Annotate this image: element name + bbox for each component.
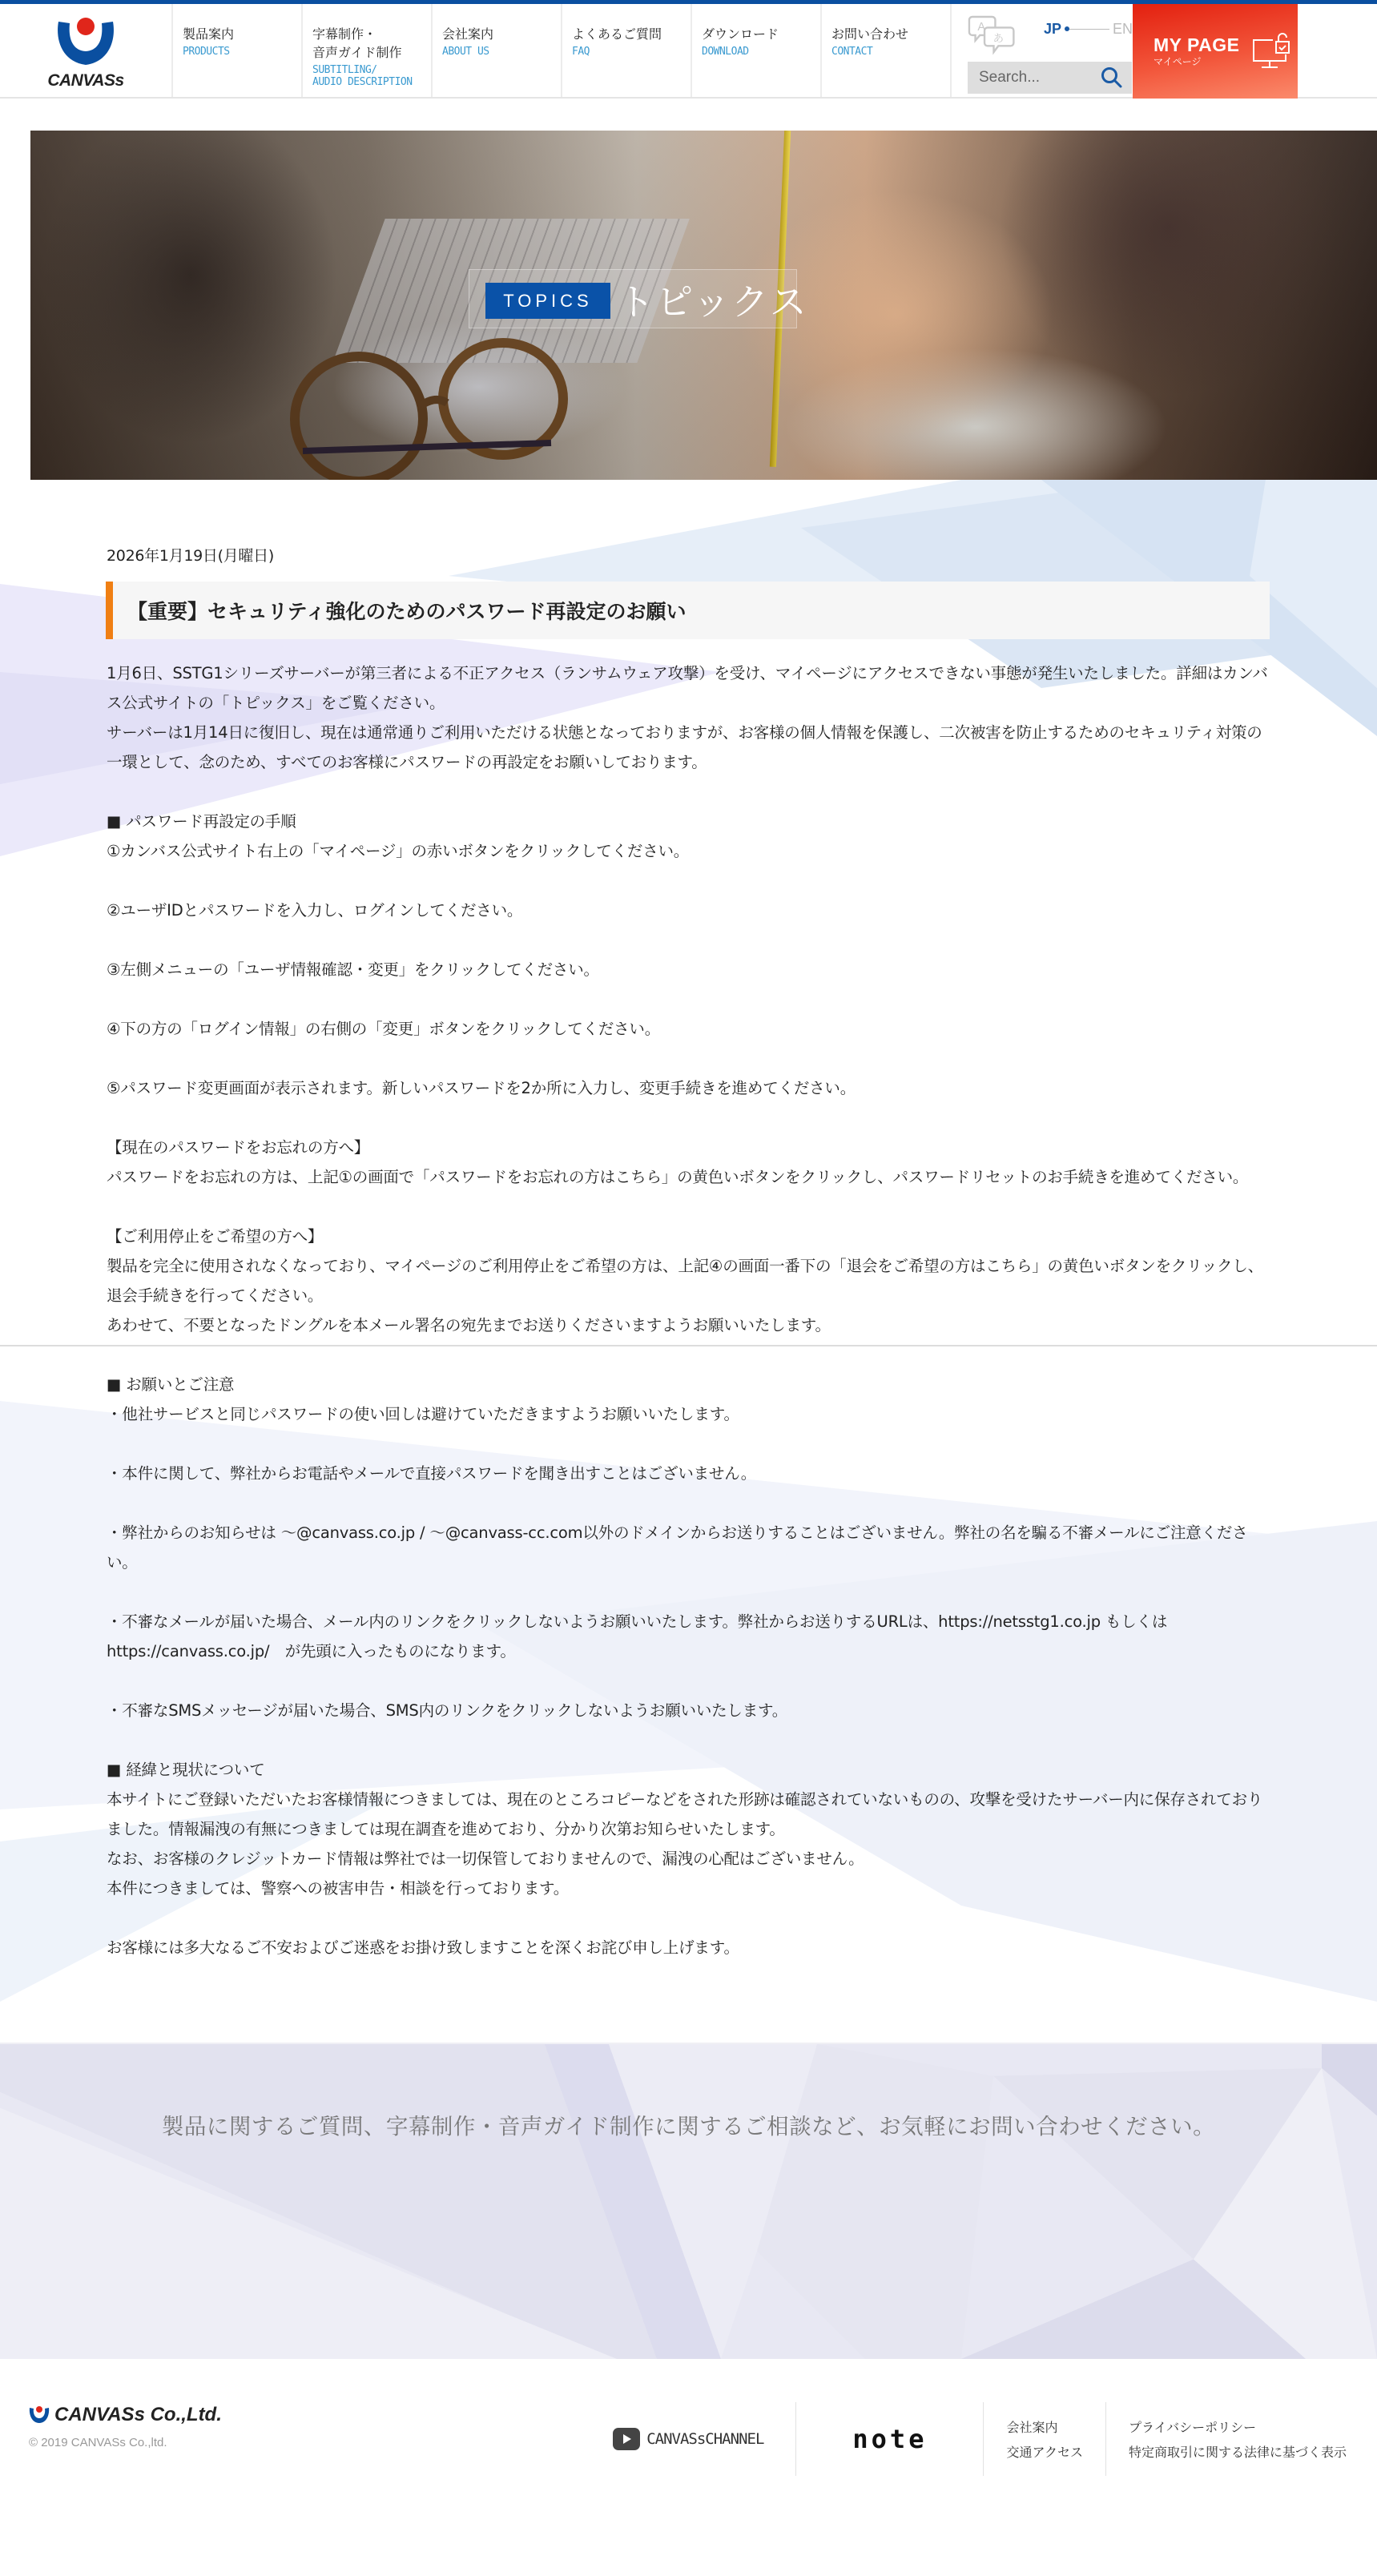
contact-cta[interactable]: 製品に関するご質問、字幕制作・音声ガイド制作に関するご相談など、お気軽にお問い合… <box>0 2043 1377 2359</box>
page-title: トピックス <box>618 273 808 326</box>
notice-item: ・弊社からのお知らせは ～@canvass.co.jp / ～@canvass-… <box>107 1518 1270 1577</box>
svg-text:あ: あ <box>993 34 1004 46</box>
nav-label-jp: ダウンロード <box>702 25 820 43</box>
section-divider <box>0 1345 1377 1346</box>
footer-link-access[interactable]: 交通アクセス <box>1006 2442 1083 2461</box>
post-title-text: 【重要】セキュリティ強化のためのパスワード再設定のお願い <box>127 596 686 625</box>
intro-paragraph: 1月6日、SSTG1シリーズサーバーが第三者による不正アクセス（ランサムウェア攻… <box>107 658 1270 718</box>
site-logo[interactable]: CANVASs <box>0 4 171 97</box>
footer-logo-name: CANVASs Co.,Ltd. <box>54 2404 222 2426</box>
nav-label-jp: よくあるご質問 <box>572 25 691 43</box>
canvass-logo-icon <box>29 2405 50 2425</box>
monitor-lock-icon <box>1250 30 1292 72</box>
footer-links-company: 会社案内 交通アクセス <box>984 2417 1105 2461</box>
forgot-text: パスワードをお忘れの方は、上記①の画面で「パスワードをお忘れの方はこちら」の黄色… <box>107 1162 1270 1192</box>
cta-text[interactable]: 製品に関するご質問、字幕制作・音声ガイド制作に関するご相談など、お気軽にお問い合… <box>0 2044 1377 2140</box>
language-switch[interactable]: JP EN <box>1044 21 1133 38</box>
post-title: 【重要】セキュリティ強化のためのパスワード再設定のお願い <box>106 582 1270 639</box>
nav-contact[interactable]: お問い合わせ CONTACT <box>820 4 950 97</box>
youtube-channel-link[interactable]: CANVASsCHANNEL <box>613 2428 795 2450</box>
lang-toggle-line <box>1065 29 1109 30</box>
mypage-label-en: MY PAGE <box>1154 34 1239 56</box>
step-item: ③左側メニューの「ユーザ情報確認・変更」をクリックしてください。 <box>107 955 1270 984</box>
notice-item: ・不審なSMSメッセージが届いた場合、SMS内のリンクをクリックしないようお願い… <box>107 1696 1270 1725</box>
nav-download[interactable]: ダウンロード DOWNLOAD <box>691 4 820 97</box>
footer-links-legal: プライバシーポリシー 特定商取引に関する法律に基づく表示 <box>1106 2417 1377 2461</box>
footer-link-privacy[interactable]: プライバシーポリシー <box>1129 2417 1347 2436</box>
header-utilities: A あ JP EN <box>950 4 1133 97</box>
nav-about[interactable]: 会社案内 ABOUT US <box>431 4 561 97</box>
hero-section: TOPICS トピックス <box>0 99 1377 480</box>
nav-label-en: SUBTITLING/ AUDIO DESCRIPTION <box>312 64 431 88</box>
translate-icon: A あ <box>968 13 1021 56</box>
status-line: 本サイトにご登録いただいたお客様情報につきましては、現在のところコピーなどをされ… <box>107 1785 1270 1844</box>
nav-label-en: FAQ <box>572 46 691 58</box>
youtube-icon <box>613 2428 640 2450</box>
stop-text-2: あわせて、不要となったドングルを本メール署名の宛先までお送りくださいますようお願… <box>107 1310 1270 1340</box>
nav-label-en: CONTACT <box>831 46 950 58</box>
stop-heading: 【ご利用停止をご希望の方へ】 <box>107 1222 1270 1251</box>
mypage-button[interactable]: MY PAGE マイページ <box>1133 4 1298 99</box>
note-link[interactable]: note <box>796 2424 983 2454</box>
closing-text: お客様には多大なるご不安およびご迷惑をお掛け致しますことを深くお詫び申し上げます… <box>107 1933 1270 1962</box>
hero-glasses-graphic <box>271 331 623 480</box>
nav-label-jp: 字幕制作・ 音声ガイド制作 <box>312 25 431 62</box>
post-date: 2026年1月19日(月曜日) <box>107 544 1270 566</box>
youtube-label: CANVASsCHANNEL <box>646 2430 763 2448</box>
lang-en[interactable]: EN <box>1113 21 1133 38</box>
search-input[interactable] <box>979 69 1100 87</box>
site-header: CANVASs 製品案内 PRODUCTS 字幕制作・ 音声ガイド制作 SUBT… <box>0 4 1377 99</box>
nav-label-en: PRODUCTS <box>183 46 301 58</box>
status-heading: ■ 経緯と現状について <box>107 1755 1270 1785</box>
step-item: ①カンバス公式サイト右上の「マイページ」の赤いボタンをクリックしてください。 <box>107 836 1270 866</box>
stop-text: 製品を完全に使用されなくなっており、マイページのご利用停止をご希望の方は、上記④… <box>107 1251 1270 1310</box>
nav-faq[interactable]: よくあるご質問 FAQ <box>561 4 691 97</box>
forgot-heading: 【現在のパスワードをお忘れの方へ】 <box>107 1133 1270 1162</box>
nav-label-jp: 会社案内 <box>442 25 561 43</box>
steps-heading: ■ パスワード再設定の手順 <box>107 807 1270 836</box>
article-section: 2026年1月19日(月曜日) 【重要】セキュリティ強化のためのパスワード再設定… <box>0 480 1377 2043</box>
lang-jp[interactable]: JP <box>1044 21 1061 38</box>
nav-products[interactable]: 製品案内 PRODUCTS <box>171 4 301 97</box>
main-nav: 製品案内 PRODUCTS 字幕制作・ 音声ガイド制作 SUBTITLING/ … <box>171 4 950 97</box>
notice-item: ・他社サービスと同じパスワードの使い回しは避けていただきますようお願いいたします… <box>107 1399 1270 1429</box>
search-box <box>968 62 1132 94</box>
status-line: 本件につきましては、警察への被害申告・相談を行っております。 <box>107 1874 1270 1903</box>
article: 2026年1月19日(月曜日) 【重要】セキュリティ強化のためのパスワード再設定… <box>107 544 1270 1962</box>
nav-label-en: ABOUT US <box>442 46 561 58</box>
nav-label-jp: 製品案内 <box>183 25 301 43</box>
canvass-logo-icon <box>54 15 118 70</box>
step-item: ⑤パスワード変更画面が表示されます。新しいパスワードを2か所に入力し、変更手続き… <box>107 1073 1270 1103</box>
notice-heading: ■ お願いとご注意 <box>107 1370 1270 1399</box>
status-line: なお、お客様のクレジットカード情報は弊社では一切保管しておりませんので、漏洩の心… <box>107 1844 1270 1874</box>
footer-link-about[interactable]: 会社案内 <box>1006 2417 1083 2436</box>
topics-badge: TOPICS <box>485 283 610 319</box>
nav-label-jp: お問い合わせ <box>831 25 950 43</box>
site-footer: CANVASs Co.,Ltd. © 2019 CANVASs Co.,ltd.… <box>0 2359 1377 2487</box>
step-item: ②ユーザIDとパスワードを入力し、ログインしてください。 <box>107 896 1270 925</box>
nav-subtitling[interactable]: 字幕制作・ 音声ガイド制作 SUBTITLING/ AUDIO DESCRIPT… <box>301 4 431 97</box>
mypage-label-jp: マイページ <box>1154 54 1239 68</box>
nav-label-en: DOWNLOAD <box>702 46 820 58</box>
logo-name: CANVASs <box>47 71 123 91</box>
intro-paragraph: サーバーは1月14日に復旧し、現在は通常通りご利用いただける状態となっております… <box>107 718 1270 777</box>
footer-logo[interactable]: CANVASs Co.,Ltd. <box>29 2404 222 2426</box>
search-icon[interactable] <box>1100 66 1124 90</box>
step-item: ④下の方の「ログイン情報」の右側の「変更」ボタンをクリックしてください。 <box>107 1014 1270 1044</box>
footer-link-tokushoho[interactable]: 特定商取引に関する法律に基づく表示 <box>1129 2442 1347 2461</box>
notice-item: ・不審なメールが届いた場合、メール内のリンクをクリックしないようお願いいたします… <box>107 1607 1270 1666</box>
notice-item: ・本件に関して、弊社からお電話やメールで直接パスワードを聞き出すことはございませ… <box>107 1459 1270 1488</box>
copyright: © 2019 CANVASs Co.,ltd. <box>29 2436 222 2449</box>
hero-image: TOPICS トピックス <box>30 131 1377 480</box>
